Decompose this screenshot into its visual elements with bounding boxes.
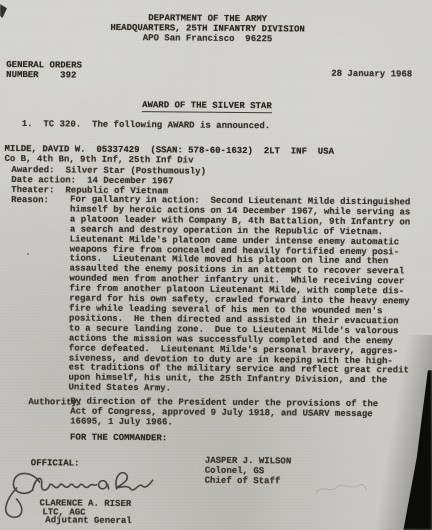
for-the-commander-line: FOR THE COMMANDER:	[70, 432, 167, 443]
field-reason-label: Reason:	[11, 195, 49, 205]
right-officer-block: JASPER J. WILSON Colonel, GS Chief of St…	[205, 457, 292, 487]
field-theater-label: Theater:	[11, 185, 54, 195]
scan-speck	[27, 253, 29, 255]
recipient-unit-line: Co B, 4th Bn, 9th Inf, 25th Inf Div	[4, 154, 193, 166]
field-awarded-label: Awarded:	[11, 165, 54, 175]
order-number-line: NUMBER 392	[6, 70, 76, 81]
field-reason-text: For gallantry in action: Second Lieutena…	[68, 195, 410, 396]
field-authority-text: By direction of the President under the …	[70, 397, 378, 429]
signature-clarence-riser	[1, 466, 158, 525]
faint-pencil-scribble	[312, 478, 368, 502]
order-date: 28 January 1968	[331, 69, 412, 80]
field-date-action-label: Date action:	[11, 175, 76, 186]
general-orders-label: GENERAL ORDERS	[6, 60, 82, 71]
document-content: DEPARTMENT OF THE ARMY HEADQUARTERS, 25T…	[0, 0, 432, 530]
announcement-line: 1. TC 320. The following AWARD is announ…	[22, 119, 271, 131]
document-title-row: AWARD OF THE SILVER STAR	[1, 99, 413, 113]
scanned-document-page: DEPARTMENT OF THE ARMY HEADQUARTERS, 25T…	[0, 0, 432, 530]
document-title: AWARD OF THE SILVER STAR	[142, 100, 272, 113]
